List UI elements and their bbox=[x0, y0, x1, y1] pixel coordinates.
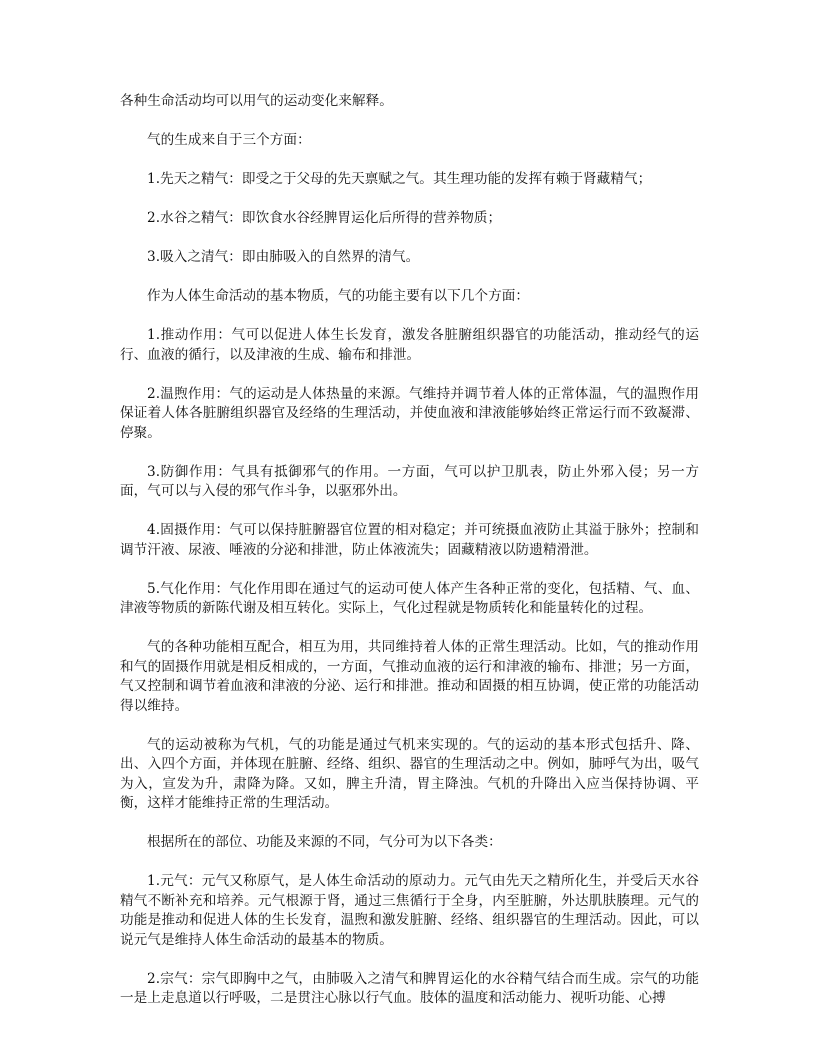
paragraph-functions-cooperation: 气的各种功能相互配合，相互为用，共同维持着人体的正常生理活动。比如，气的推动作用… bbox=[120, 638, 699, 716]
paragraph-qi-generation-heading: 气的生成来自于三个方面： bbox=[120, 131, 699, 151]
paragraph-qi-functions-heading: 作为人体生命活动的基本物质，气的功能主要有以下几个方面： bbox=[120, 287, 699, 307]
paragraph-qi-types-heading: 根据所在的部位、功能及来源的不同，气分可为以下各类： bbox=[120, 833, 699, 853]
paragraph-innate-essence: 1.先天之精气：即受之于父母的先天禀赋之气。其生理功能的发挥有赖于肾藏精气； bbox=[120, 170, 699, 190]
paragraph-consolidating-function: 4.固摄作用：气可以保持脏腑器官位置的相对稳定；并可统摄血液防止其溢于脉外；控制… bbox=[120, 521, 699, 560]
paragraph-zong-qi: 2.宗气：宗气即胸中之气，由肺吸入之清气和脾胃运化的水谷精气结合而生成。宗气的功… bbox=[120, 970, 699, 1009]
paragraph-food-essence: 2.水谷之精气：即饮食水谷经脾胃运化后所得的营养物质； bbox=[120, 209, 699, 229]
paragraph-inhaled-air: 3.吸入之清气：即由肺吸入的自然界的清气。 bbox=[120, 248, 699, 268]
paragraph-defending-function: 3.防御作用：气具有抵御邪气的作用。一方面，气可以护卫肌表，防止外邪入侵；另一方… bbox=[120, 463, 699, 502]
paragraph-intro-tail: 各种生命活动均可以用气的运动变化来解释。 bbox=[120, 92, 699, 112]
document-page: 各种生命活动均可以用气的运动变化来解释。 气的生成来自于三个方面： 1.先天之精… bbox=[120, 92, 699, 1028]
paragraph-yuan-qi: 1.元气：元气又称原气，是人体生命活动的原动力。元气由先天之精所化生，并受后天水… bbox=[120, 872, 699, 950]
paragraph-qi-movement: 气的运动被称为气机，气的功能是通过气机来实现的。气的运动的基本形式包括升、降、出… bbox=[120, 736, 699, 814]
paragraph-propelling-function: 1.推动作用：气可以促进人体生长发育，激发各脏腑组织器官的功能活动，推动经气的运… bbox=[120, 326, 699, 365]
paragraph-transforming-function: 5.气化作用：气化作用即在通过气的运动可使人体产生各种正常的变化，包括精、气、血… bbox=[120, 580, 699, 619]
paragraph-warming-function: 2.温煦作用：气的运动是人体热量的来源。气维持并调节着人体的正常体温，气的温煦作… bbox=[120, 385, 699, 444]
